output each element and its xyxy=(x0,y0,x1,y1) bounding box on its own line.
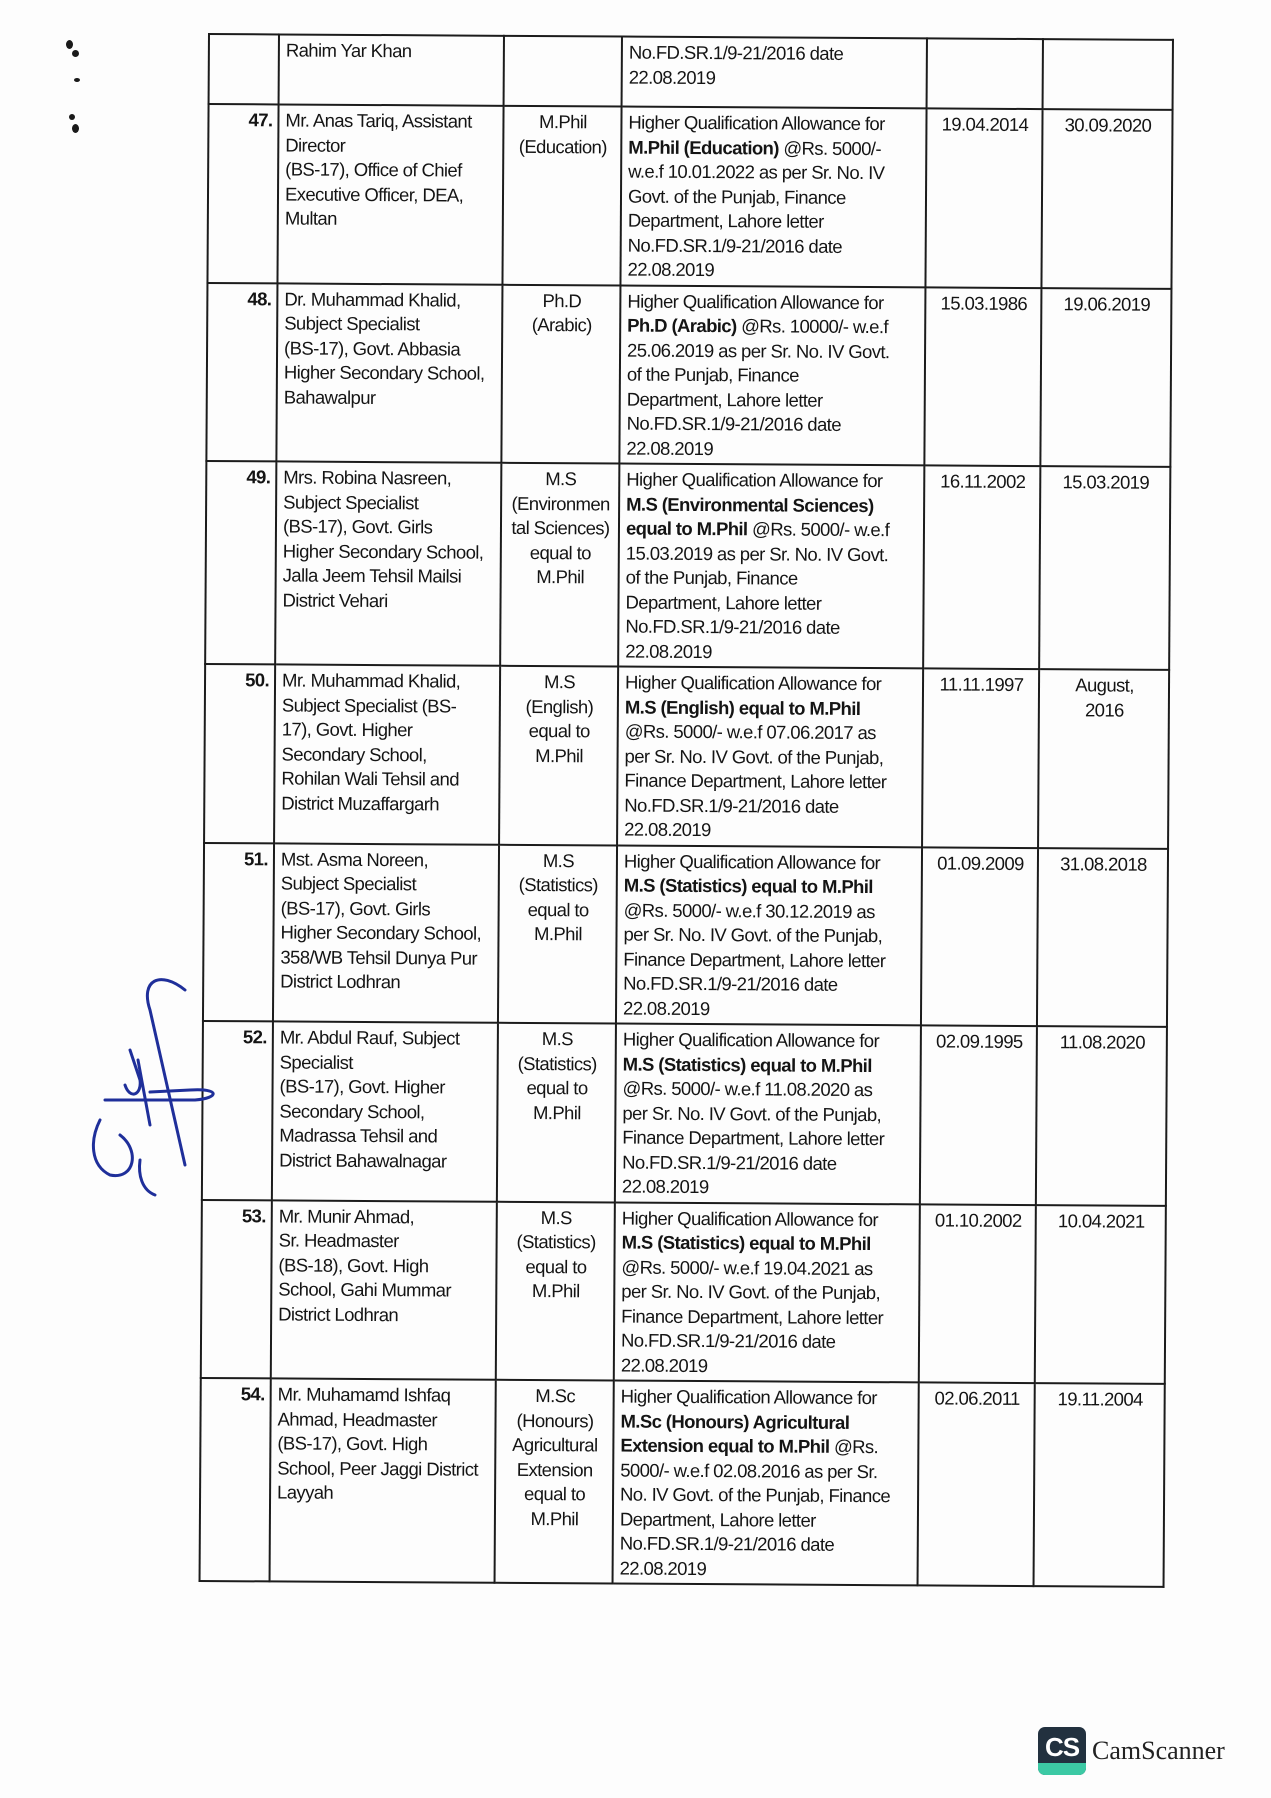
table-row: 47.Mr. Anas Tariq, Assistant Director (B… xyxy=(207,104,1172,288)
handwritten-signature-icon xyxy=(80,950,220,1210)
qualification-date-cell: 15.03.2019 xyxy=(1039,466,1170,670)
name-cell: Mst. Asma Noreen, Subject Specialist (BS… xyxy=(273,843,499,1023)
qualification-cell: Ph.D (Arabic) xyxy=(501,284,620,463)
table-row: 54.Mr. Muhamamd Ishfaq Ahmad, Headmaster… xyxy=(200,1378,1165,1587)
appointment-date-cell: 19.04.2014 xyxy=(925,108,1042,287)
allowance-terms: @Rs. 5000/- w.e.f 11.08.2020 as per Sr. … xyxy=(622,1055,884,1198)
allowance-intro: Higher Qualification Allowance for xyxy=(627,290,883,313)
qualification-cell: M.S (Environmen tal Sciences) equal to M… xyxy=(500,463,619,667)
qualification-cell: M.S (Statistics) equal to M.Phil xyxy=(498,844,617,1023)
appointment-date-cell: 15.03.1986 xyxy=(924,287,1041,466)
appointment-date-cell: 11.11.1997 xyxy=(922,668,1039,847)
sr-cell: 50. xyxy=(204,664,275,843)
allowance-intro: Higher Qualification Allowance for xyxy=(621,1386,877,1409)
camscanner-brand-text: CamScanner xyxy=(1092,1736,1225,1766)
appointment-date-cell: 02.06.2011 xyxy=(918,1382,1035,1586)
qualification-cell: M.Sc (Honours) Agricultural Extension eq… xyxy=(495,1380,614,1584)
allowance-table: Rahim Yar Khan No.FD.SR.1/9-21/2016 date… xyxy=(199,33,1174,1588)
allowance-terms: @Rs. 10000/- w.e.f 25.06.2019 as per Sr.… xyxy=(626,315,889,458)
allowance-cell: Higher Qualification Allowance forM.S (S… xyxy=(615,1024,921,1204)
name-cell: Mr. Anas Tariq, Assistant Director (BS-1… xyxy=(277,104,503,284)
name-cell: Mr. Munir Ahmad, Sr. Headmaster (BS-18),… xyxy=(271,1200,497,1380)
name-cell: Rahim Yar Khan xyxy=(279,34,504,105)
allowance-terms: @Rs. 5000/- w.e.f 02.08.2016 as per Sr. … xyxy=(620,1436,891,1579)
allowance-degree: M.S (Statistics) equal to M.Phil xyxy=(623,1053,872,1076)
qualification-date-cell: 30.09.2020 xyxy=(1041,109,1172,288)
allowance-degree: Ph.D (Arabic) xyxy=(627,315,737,337)
qualification-cell: M.S (Statistics) equal to M.Phil xyxy=(496,1201,615,1380)
camscanner-watermark: CS CamScanner xyxy=(1038,1727,1225,1775)
qualification-date-cell: 31.08.2018 xyxy=(1037,848,1168,1027)
table-row: 52.Mr. Abdul Rauf, Subject Specialist (B… xyxy=(202,1021,1167,1205)
allowance-intro: Higher Qualification Allowance for xyxy=(624,850,880,873)
allowance-terms: @Rs. 5000/- w.e.f 15.03.2019 as per Sr. … xyxy=(625,518,889,661)
allowance-cell: Higher Qualification Allowance forM.Sc (… xyxy=(613,1381,919,1586)
qualification-date-cell xyxy=(1043,39,1173,110)
allowance-cell: Higher Qualification Allowance forM.S (E… xyxy=(617,667,923,847)
camscanner-logo-icon: CS xyxy=(1038,1727,1086,1775)
allowance-cell: Higher Qualification Allowance forM.S (S… xyxy=(616,845,922,1025)
qualification-date-cell: August, 2016 xyxy=(1038,669,1169,848)
qualification-date-cell: 19.06.2019 xyxy=(1040,288,1171,467)
appointment-date-cell: 02.09.1995 xyxy=(920,1025,1037,1204)
name-cell: Mrs. Robina Nasreen, Subject Specialist … xyxy=(275,461,501,665)
sr-cell xyxy=(209,34,279,104)
table-row-continuation: Rahim Yar Khan No.FD.SR.1/9-21/2016 date… xyxy=(209,34,1173,110)
allowance-degree: M.Phil (Education) xyxy=(628,136,779,158)
punch-mark xyxy=(66,40,73,49)
punch-mark xyxy=(72,124,79,133)
allowance-degree: M.S (Statistics) equal to M.Phil xyxy=(622,1232,871,1255)
appointment-date-cell: 01.10.2002 xyxy=(919,1204,1036,1383)
table-row: 48.Dr. Muhammad Khalid, Subject Speciali… xyxy=(206,283,1171,467)
punch-marks xyxy=(62,38,92,138)
allowance-degree: M.Sc (Honours) Agricultural Extension eq… xyxy=(620,1410,849,1457)
sr-cell: 48. xyxy=(206,283,277,462)
qualification-cell: M.Phil (Education) xyxy=(502,106,621,285)
allowance-cell: Higher Qualification Allowance forPh.D (… xyxy=(619,285,925,465)
qualification-date-cell: 10.04.2021 xyxy=(1035,1205,1166,1384)
punch-mark xyxy=(74,78,80,82)
qualification-date-cell: 11.08.2020 xyxy=(1036,1026,1167,1205)
appointment-date-cell xyxy=(927,38,1043,109)
allowance-cell: Higher Qualification Allowance forM.S (E… xyxy=(618,464,924,669)
sr-cell: 49. xyxy=(205,461,276,664)
allowance-terms: @Rs. 5000/- w.e.f 30.12.2019 as per Sr. … xyxy=(623,876,885,1019)
sr-cell: 53. xyxy=(201,1199,272,1378)
sr-cell: 54. xyxy=(200,1378,271,1581)
table-row: 50.Mr. Muhammad Khalid, Subject Speciali… xyxy=(204,664,1169,848)
table-row: 51.Mst. Asma Noreen, Subject Specialist … xyxy=(203,842,1168,1026)
allowance-degree: M.S (Statistics) equal to M.Phil xyxy=(624,875,873,898)
allowance-intro: Higher Qualification Allowance for xyxy=(622,1207,878,1230)
appointment-date-cell: 01.09.2009 xyxy=(921,847,1038,1026)
allowance-cell: Higher Qualification Allowance forM.Phil… xyxy=(620,107,926,287)
appointment-date-cell: 16.11.2002 xyxy=(923,465,1040,669)
sr-cell: 47. xyxy=(207,104,278,283)
allowance-terms: @Rs. 5000/- w.e.f 10.01.2022 as per Sr. … xyxy=(628,137,885,280)
name-cell: Mr. Muhamamd Ishfaq Ahmad, Headmaster (B… xyxy=(270,1378,496,1582)
table-row: 53.Mr. Munir Ahmad, Sr. Headmaster (BS-1… xyxy=(201,1199,1166,1383)
allowance-intro: Higher Qualification Allowance for xyxy=(626,469,882,492)
allowance-intro: Higher Qualification Allowance for xyxy=(625,672,881,695)
qualification-date-cell: 19.11.2004 xyxy=(1034,1383,1165,1587)
qualification-cell: M.S (English) equal to M.Phil xyxy=(499,666,618,845)
allowance-intro: Higher Qualification Allowance for xyxy=(628,112,884,135)
qualification-cell xyxy=(504,36,622,107)
punch-mark xyxy=(72,50,79,57)
scanned-page: Rahim Yar Khan No.FD.SR.1/9-21/2016 date… xyxy=(0,0,1271,1798)
punch-mark xyxy=(69,114,75,120)
table-row: 49.Mrs. Robina Nasreen, Subject Speciali… xyxy=(205,461,1170,670)
allowance-cell: No.FD.SR.1/9-21/2016 date 22.08.2019 xyxy=(622,37,927,109)
name-cell: Mr. Muhammad Khalid, Subject Specialist … xyxy=(274,664,500,844)
allowance-degree: M.S (English) equal to M.Phil xyxy=(625,696,861,718)
allowance-intro: Higher Qualification Allowance for xyxy=(623,1029,879,1052)
allowance-terms: @Rs. 5000/- w.e.f 19.04.2021 as per Sr. … xyxy=(621,1233,883,1376)
name-cell: Dr. Muhammad Khalid, Subject Specialist … xyxy=(276,283,502,463)
name-cell: Mr. Abdul Rauf, Subject Specialist (BS-1… xyxy=(272,1021,498,1201)
qualification-cell: M.S (Statistics) equal to M.Phil xyxy=(497,1023,616,1202)
allowance-cell: Higher Qualification Allowance forM.S (S… xyxy=(614,1202,920,1382)
